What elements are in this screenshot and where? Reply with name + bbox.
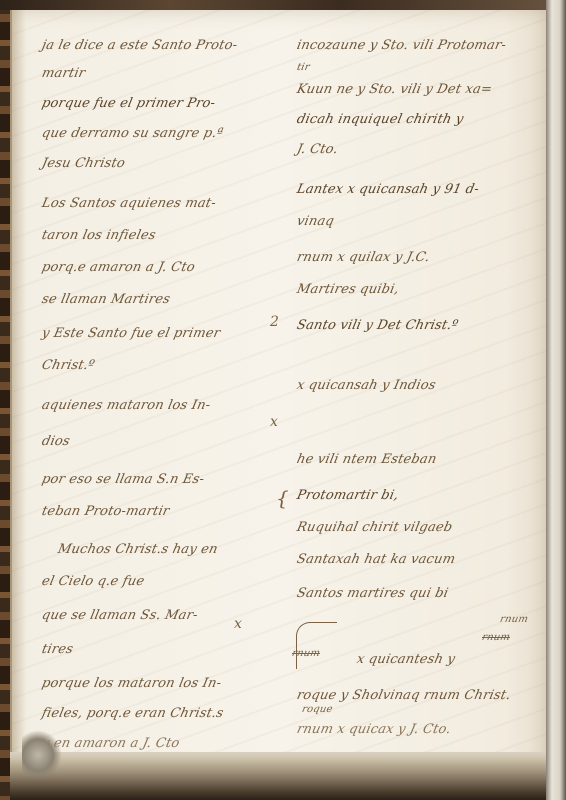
right-line: x quicantesh y — [355, 652, 456, 667]
brace-mark: { — [276, 486, 289, 510]
left-line: Muchos Christ.s hay en — [56, 542, 219, 557]
left-line: se llaman Martires — [40, 292, 171, 307]
interlinear-insertion: roque — [301, 704, 334, 715]
insertion-curve-mark — [296, 622, 337, 669]
right-line: vinaq — [295, 214, 335, 229]
left-line: ja le dice a este Santo Proto- — [40, 38, 238, 53]
margin-mark: x — [234, 616, 242, 632]
right-line: rnum x quilax y J.C. — [295, 250, 431, 265]
right-line: Lantex x quicansah y 91 d- — [295, 182, 480, 197]
book-bottom-edge — [10, 752, 546, 800]
struck-word: rnum — [481, 632, 511, 643]
right-line: incozaune y Sto. vili Protomar- — [295, 38, 507, 53]
left-line: tires — [40, 642, 74, 657]
left-line: dios — [40, 434, 71, 449]
left-line: el Cielo q.e fue — [40, 574, 145, 589]
right-line: Martires quibi, — [295, 282, 400, 297]
left-line: fieles, porq.e eran Christ.s — [40, 706, 224, 721]
left-line: que se llaman Ss. Mar- — [40, 608, 199, 623]
right-line: rnum x quicax y J. Cto. — [295, 722, 452, 737]
right-line: Santo vili y Det Christ.º — [295, 318, 459, 333]
right-line: Protomartir bi, — [295, 488, 400, 503]
margin-mark: 2 — [270, 314, 279, 330]
left-line: teban Proto-martir — [40, 504, 170, 519]
left-line: y Este Santo fue el primer — [40, 326, 221, 341]
book-top-edge — [0, 0, 566, 10]
left-line: por eso se llama S.n Es- — [40, 472, 205, 487]
left-line: Los Santos aquienes mat- — [40, 196, 217, 211]
right-line: he vili ntem Esteban — [295, 452, 438, 467]
margin-mark: x — [270, 414, 278, 430]
left-line: Jesu Christo — [40, 156, 126, 171]
right-line: Ruquihal chirit vilgaeb — [295, 520, 454, 535]
manuscript-page: ja le dice a este Santo Proto- martir po… — [10, 10, 548, 770]
left-line: taron los infieles — [40, 228, 157, 243]
right-line: x quicansah y Indios — [295, 378, 437, 393]
right-line: roque y Sholvinaq rnum Christ. — [295, 688, 512, 703]
left-line: porque los mataron los In- — [40, 676, 222, 691]
right-line: J. Cto. — [295, 142, 339, 157]
left-line: aquienes mataron los In- — [40, 398, 211, 413]
right-line: Kuun ne y Sto. vili y Det xa= — [295, 82, 493, 97]
ink-bleed-through — [12, 10, 548, 770]
right-line: Santos martires qui bi — [295, 586, 449, 601]
left-line: martir — [40, 66, 86, 81]
torn-corner — [22, 730, 62, 780]
interlinear-correction: rnum — [499, 614, 529, 625]
left-line: que derramo su sangre p.ª — [40, 126, 224, 141]
left-line: Christ.º — [40, 358, 96, 373]
right-line: Santaxah hat ka vacum — [295, 552, 456, 567]
next-page-edge — [546, 0, 566, 800]
right-line: tir — [296, 62, 311, 73]
right-line: dicah inquiquel chirith y — [295, 112, 465, 127]
left-line: porq.e amaron a J. Cto — [40, 260, 196, 275]
left-line: porque fue el primer Pro- — [40, 96, 216, 111]
